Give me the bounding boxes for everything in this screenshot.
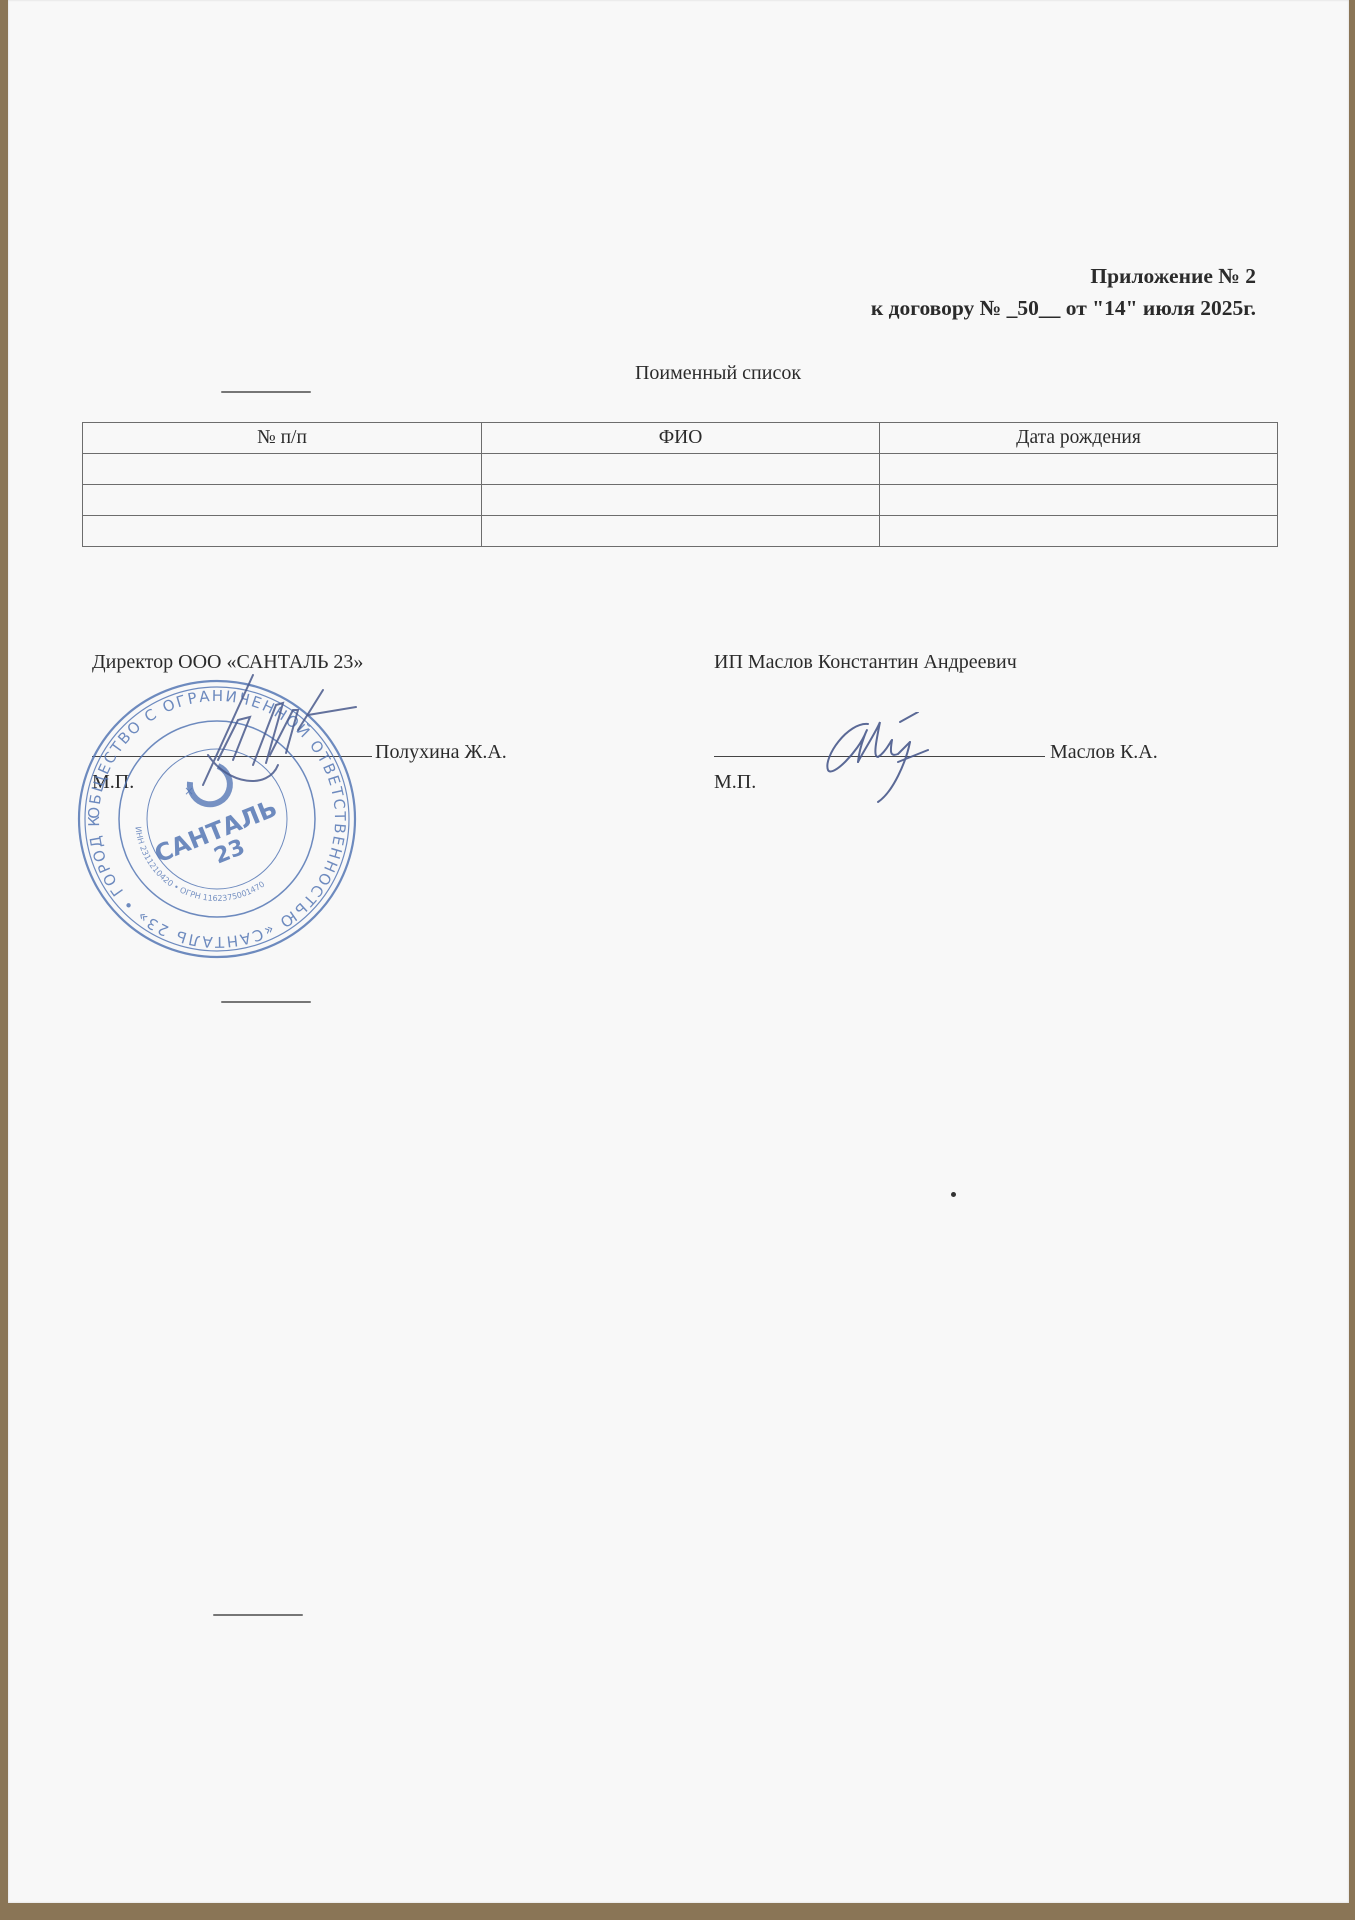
right-signatory-title: ИП Маслов Константин Андреевич bbox=[714, 651, 1017, 674]
contract-reference: к договору № _50__ от "14" июля 2025г. bbox=[871, 296, 1256, 321]
right-signatory-name: Маслов К.А. bbox=[1050, 741, 1158, 764]
table-header-row: № п/п ФИО Дата рождения bbox=[83, 423, 1278, 454]
cell-fullname bbox=[482, 516, 880, 547]
appendix-title: Приложение № 2 bbox=[1090, 264, 1256, 289]
column-header-birthdate: Дата рождения bbox=[880, 423, 1278, 454]
cell-birthdate bbox=[880, 516, 1278, 547]
cell-number bbox=[83, 485, 482, 516]
right-seal-label: М.П. bbox=[714, 771, 756, 794]
cell-number bbox=[83, 516, 482, 547]
names-table: № п/п ФИО Дата рождения bbox=[82, 422, 1278, 547]
table-row bbox=[83, 485, 1278, 516]
table-row bbox=[83, 516, 1278, 547]
punch-mark-bottom bbox=[213, 1614, 303, 1616]
right-signature-icon bbox=[818, 712, 948, 807]
cell-birthdate bbox=[880, 485, 1278, 516]
cell-number bbox=[83, 454, 482, 485]
left-signatory-name: Полухина Ж.А. bbox=[375, 741, 507, 764]
ink-dot bbox=[951, 1192, 956, 1197]
cell-fullname bbox=[482, 454, 880, 485]
list-title: Поименный список bbox=[8, 362, 1355, 385]
cell-fullname bbox=[482, 485, 880, 516]
punch-mark-middle bbox=[221, 1001, 311, 1003]
cell-birthdate bbox=[880, 454, 1278, 485]
document-page: Приложение № 2 к договору № _50__ от "14… bbox=[8, 0, 1349, 1903]
column-header-fullname: ФИО bbox=[482, 423, 880, 454]
table-row bbox=[83, 454, 1278, 485]
column-header-number: № п/п bbox=[83, 423, 482, 454]
left-signature-icon bbox=[158, 665, 358, 795]
punch-mark-top bbox=[221, 391, 311, 393]
